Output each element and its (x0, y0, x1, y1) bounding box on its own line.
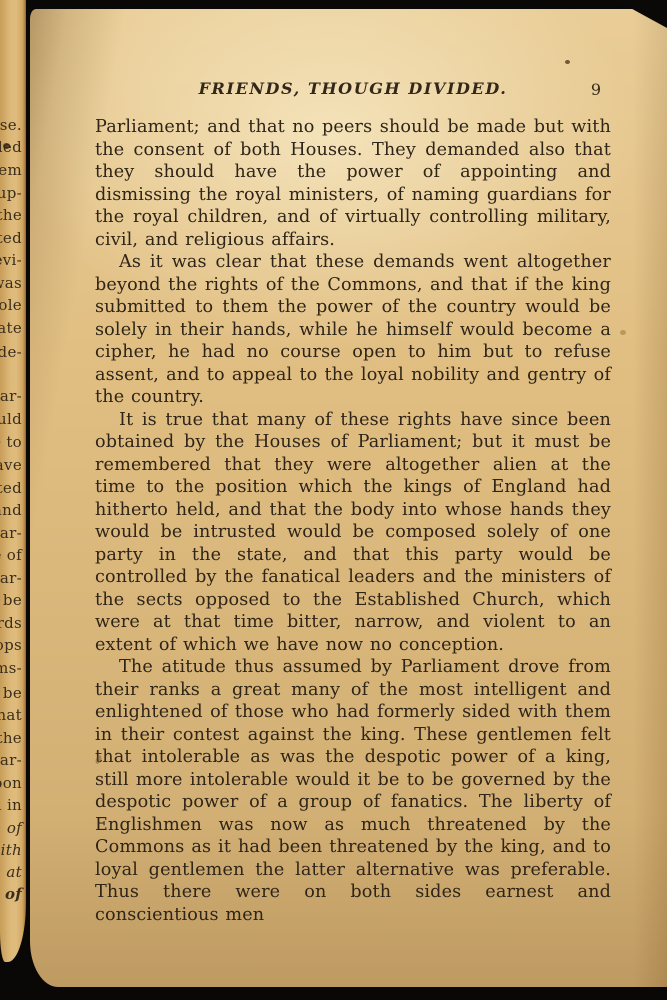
prev-page-text-fragment: that (0, 707, 22, 724)
prev-page-text-fragment: at (6, 864, 22, 881)
page-body-text: Parliament; and that no peers should be … (95, 116, 611, 926)
prev-page-text-fragment: orms- (0, 660, 22, 677)
prev-page-text-fragment: Par- (0, 570, 22, 587)
prev-page-text-fragment: of (5, 886, 22, 903)
prev-page-text-fragment: sem (0, 162, 22, 179)
page-stain (565, 60, 570, 64)
prev-page-text-fragment: o the (0, 730, 22, 747)
page-stain (620, 330, 626, 335)
prev-page-text-fragment: the (0, 207, 22, 224)
book-scan: FRIENDS, THOUGH DIVIDED. 9 Parliament; a… (0, 0, 667, 1000)
paragraph: Parliament; and that no peers should be … (95, 116, 611, 251)
page-text-area: FRIENDS, THOUGH DIVIDED. 9 Parliament; a… (95, 79, 611, 926)
prev-page-text-fragment: was (0, 275, 22, 292)
paragraph: It is true that many of these rights hav… (95, 409, 611, 657)
running-title: FRIENDS, THOUGH DIVIDED. (199, 79, 508, 98)
prev-page-text-fragment: d in (0, 797, 22, 814)
prev-page-text-fragment: shops (0, 637, 22, 654)
prev-page-text-fragment: le to (0, 434, 22, 451)
page-number: 9 (591, 80, 601, 99)
page-stain (3, 143, 10, 149)
prev-page-text-fragment: of (7, 820, 22, 837)
prev-page-text-fragment: hould (0, 411, 22, 428)
book-page: FRIENDS, THOUGH DIVIDED. 9 Parliament; a… (30, 9, 667, 987)
prev-page-text-fragment: e and (0, 502, 22, 519)
prev-page-text-fragment: ith (1, 842, 22, 859)
prev-page-text-fragment: have (0, 457, 22, 474)
prev-page-text-fragment: f Par- (0, 525, 22, 542)
prev-page-text-fragment: Par- (0, 752, 22, 769)
running-header: FRIENDS, THOUGH DIVIDED. 9 (95, 79, 611, 103)
prev-page-text-fragment: Par- (0, 388, 22, 405)
prev-page-text-fragment: ld be (0, 685, 22, 702)
prev-page-text-fragment: ld be (0, 592, 22, 609)
prev-page-text-fragment: fate (0, 320, 22, 337)
prev-page-text-fragment: lords (0, 615, 22, 632)
prev-page-text-fragment: sup- (0, 185, 22, 202)
prev-page-text-fragment: ested (0, 480, 22, 497)
prev-page-text-fragment: one of (0, 547, 22, 564)
paragraph: As it was clear that these demands went … (95, 251, 611, 409)
prev-page-text-fragment: hole (0, 297, 22, 314)
prev-page-text-fragment: se. (0, 117, 22, 134)
prev-page-text-fragment: e de- (0, 344, 22, 361)
prev-page-text-fragment: nted (0, 230, 22, 247)
prev-page-text-fragment: upon (0, 775, 22, 792)
prev-page-text-fragment: evi- (0, 252, 22, 269)
paragraph: The atitude thus assumed by Parliament d… (95, 656, 611, 926)
